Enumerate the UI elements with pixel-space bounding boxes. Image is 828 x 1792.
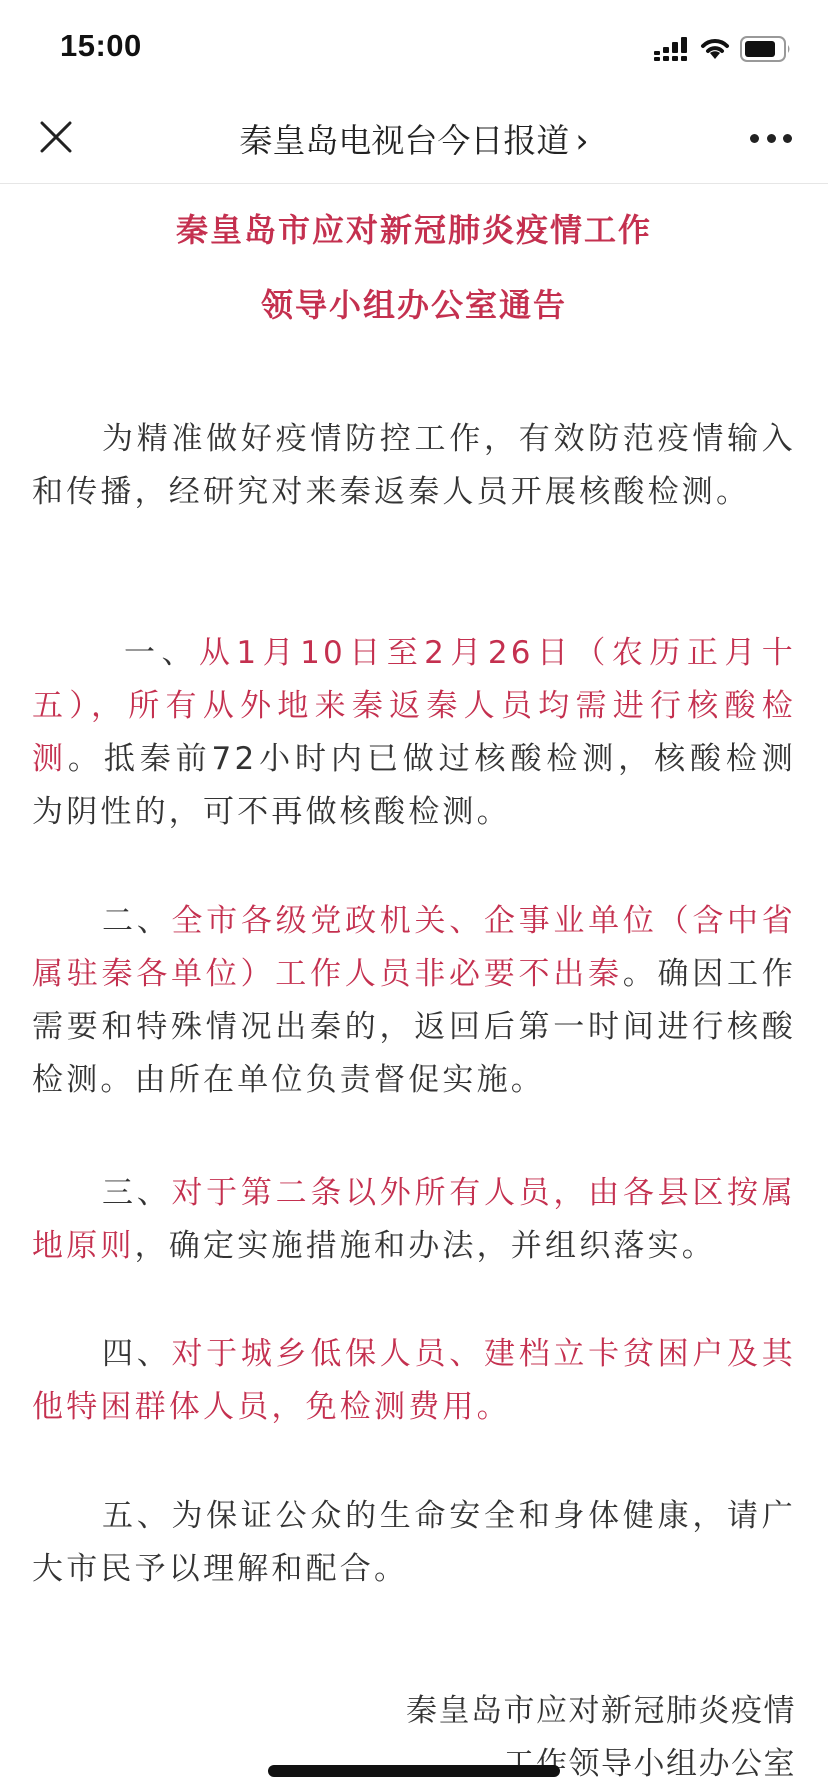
cellular-signal-icon (654, 37, 690, 61)
chevron-right-icon: › (575, 121, 588, 160)
account-title-link[interactable]: 秦皇岛电视台今日报道› (0, 115, 828, 162)
more-icon-dot (750, 134, 759, 143)
more-button[interactable] (750, 131, 792, 145)
intro-paragraph: 为精准做好疫情防控工作，有效防范疫情输入和传播，经研究对来秦返秦人员开展核酸检测… (32, 413, 796, 519)
more-icon-dot (767, 134, 776, 143)
item-1: 一、从1月10日至2月26日（农历正月十五），所有从外地来秦返秦人员均需进行核酸… (32, 627, 796, 839)
item-prefix: 五、 (102, 1498, 171, 1534)
item-text: 。抵秦前72小时内已做过核酸检测，核酸检测为阴性的，可不再做核酸检测。 (32, 741, 796, 830)
item-text: ，确定实施措施和办法，并组织落实。 (135, 1228, 716, 1264)
status-time: 15:00 (60, 28, 142, 64)
article-title-line-1: 秦皇岛市应对新冠肺炎疫情工作 (0, 205, 828, 251)
item-5: 五、为保证公众的生命安全和身体健康，请广大市民予以理解和配合。 (32, 1490, 796, 1596)
home-indicator[interactable] (268, 1765, 560, 1777)
item-2: 二、全市各级党政机关、企事业单位（含中省属驻秦各单位）工作人员非必要不出秦。确因… (32, 895, 796, 1107)
item-prefix: 四、 (102, 1336, 171, 1372)
item-prefix: 二、 (102, 903, 171, 939)
item-prefix: 一、 (124, 635, 199, 671)
wifi-icon (700, 37, 730, 61)
account-title: 秦皇岛电视台今日报道 (239, 121, 569, 160)
signature-line-1: 秦皇岛市应对新冠肺炎疫情 (406, 1685, 796, 1730)
status-icons (654, 36, 792, 62)
more-icon-dot (783, 134, 792, 143)
article-title-line-2: 领导小组办公室通告 (0, 280, 828, 326)
nav-bar: 秦皇岛电视台今日报道› (0, 95, 828, 184)
item-4: 四、对于城乡低保人员、建档立卡贫困户及其他特困群体人员，免检测费用。 (32, 1328, 796, 1434)
item-3: 三、对于第二条以外所有人员，由各县区按属地原则，确定实施措施和办法，并组织落实。 (32, 1167, 796, 1273)
status-bar: 15:00 (0, 0, 828, 95)
battery-icon (740, 36, 792, 62)
item-prefix: 三、 (102, 1175, 171, 1211)
